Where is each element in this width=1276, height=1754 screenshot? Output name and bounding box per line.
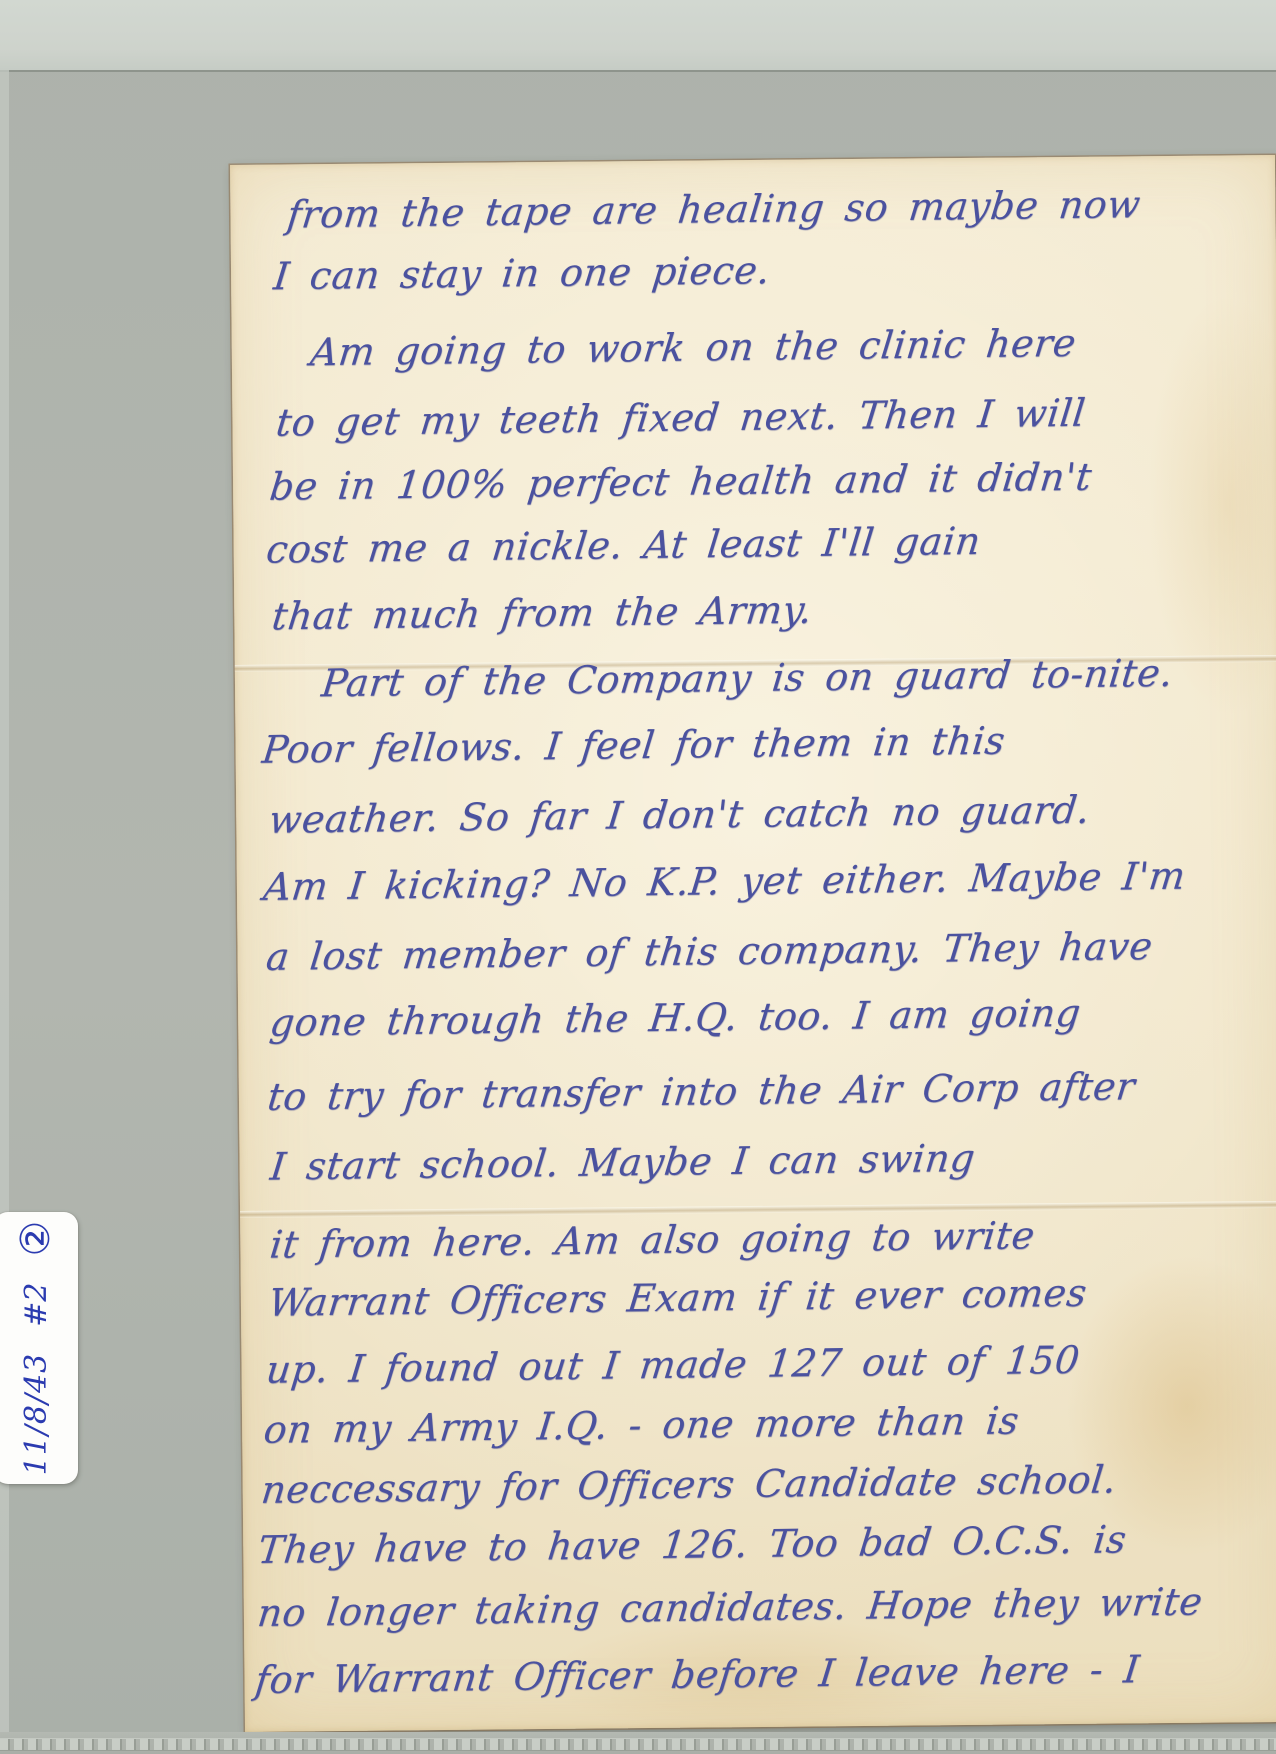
letter-line: Warrant Officers Exam if it ever comes	[266, 1270, 1089, 1326]
letter-line: Poor fellows. I feel for them in this	[260, 718, 1008, 773]
letter-line: cost me a nickle. At least I'll gain	[264, 518, 983, 573]
letter-line: be in 100% perfect health and it didn't	[267, 454, 1094, 510]
letter-line: up. I found out I made 127 out of 150	[264, 1337, 1082, 1393]
archive-label-text: 11/8/43 #2 ②	[13, 1221, 59, 1476]
letter-line: from the tape are healing so maybe now	[285, 181, 1143, 237]
letter-line: that much from the Army.	[270, 587, 815, 640]
letter-line: They have to have 126. Too bad O.C.S. is	[256, 1516, 1129, 1573]
letter-line: Part of the Company is on guard to-nite.	[319, 650, 1175, 706]
letter-line: I start school. Maybe I can swing	[268, 1135, 978, 1190]
letter-line: for Warrant Officer before I leave here …	[253, 1646, 1142, 1703]
letter-line: to get my teeth fixed next. Then I will	[274, 390, 1088, 446]
letter-line: to try for transfer into the Air Corp af…	[265, 1063, 1137, 1120]
letter-line: no longer taking candidates. Hope they w…	[255, 1578, 1205, 1636]
paper-stain	[1066, 1255, 1276, 1557]
scanner-lid-strip	[0, 0, 1276, 72]
archive-label-date: 11/8/43	[19, 1353, 54, 1476]
letter-line: neccessary for Officers Candidate school…	[259, 1456, 1119, 1512]
archive-label-number: #2	[19, 1282, 54, 1326]
binder-edge-strip	[0, 1732, 1276, 1754]
scanner-bed-edge	[0, 70, 9, 1754]
letter-line: gone through the H.Q. too. I am going	[268, 990, 1084, 1046]
letter-line: on my Army I.Q. - one more than is	[261, 1397, 1021, 1452]
letter-line: Am I kicking? No K.P. yet either. Maybe …	[261, 853, 1188, 910]
archive-label: 11/8/43 #2 ②	[0, 1212, 78, 1484]
binder-perforation-pattern	[0, 1738, 1276, 1751]
letter-line: I can stay in one piece.	[271, 247, 772, 299]
letter-line: a lost member of this company. They have	[264, 923, 1155, 980]
letter-line: weather. So far I don't catch no guard.	[267, 787, 1093, 843]
letter-line: Am going to work on the clinic here	[308, 320, 1078, 375]
archive-label-page-badge: ②	[13, 1221, 59, 1257]
scanned-letter-page: from the tape are healing so maybe now I…	[0, 0, 1276, 1754]
letter-paper: from the tape are healing so maybe now I…	[230, 155, 1276, 1732]
letter-line: it from here. Am also going to write	[268, 1212, 1038, 1267]
